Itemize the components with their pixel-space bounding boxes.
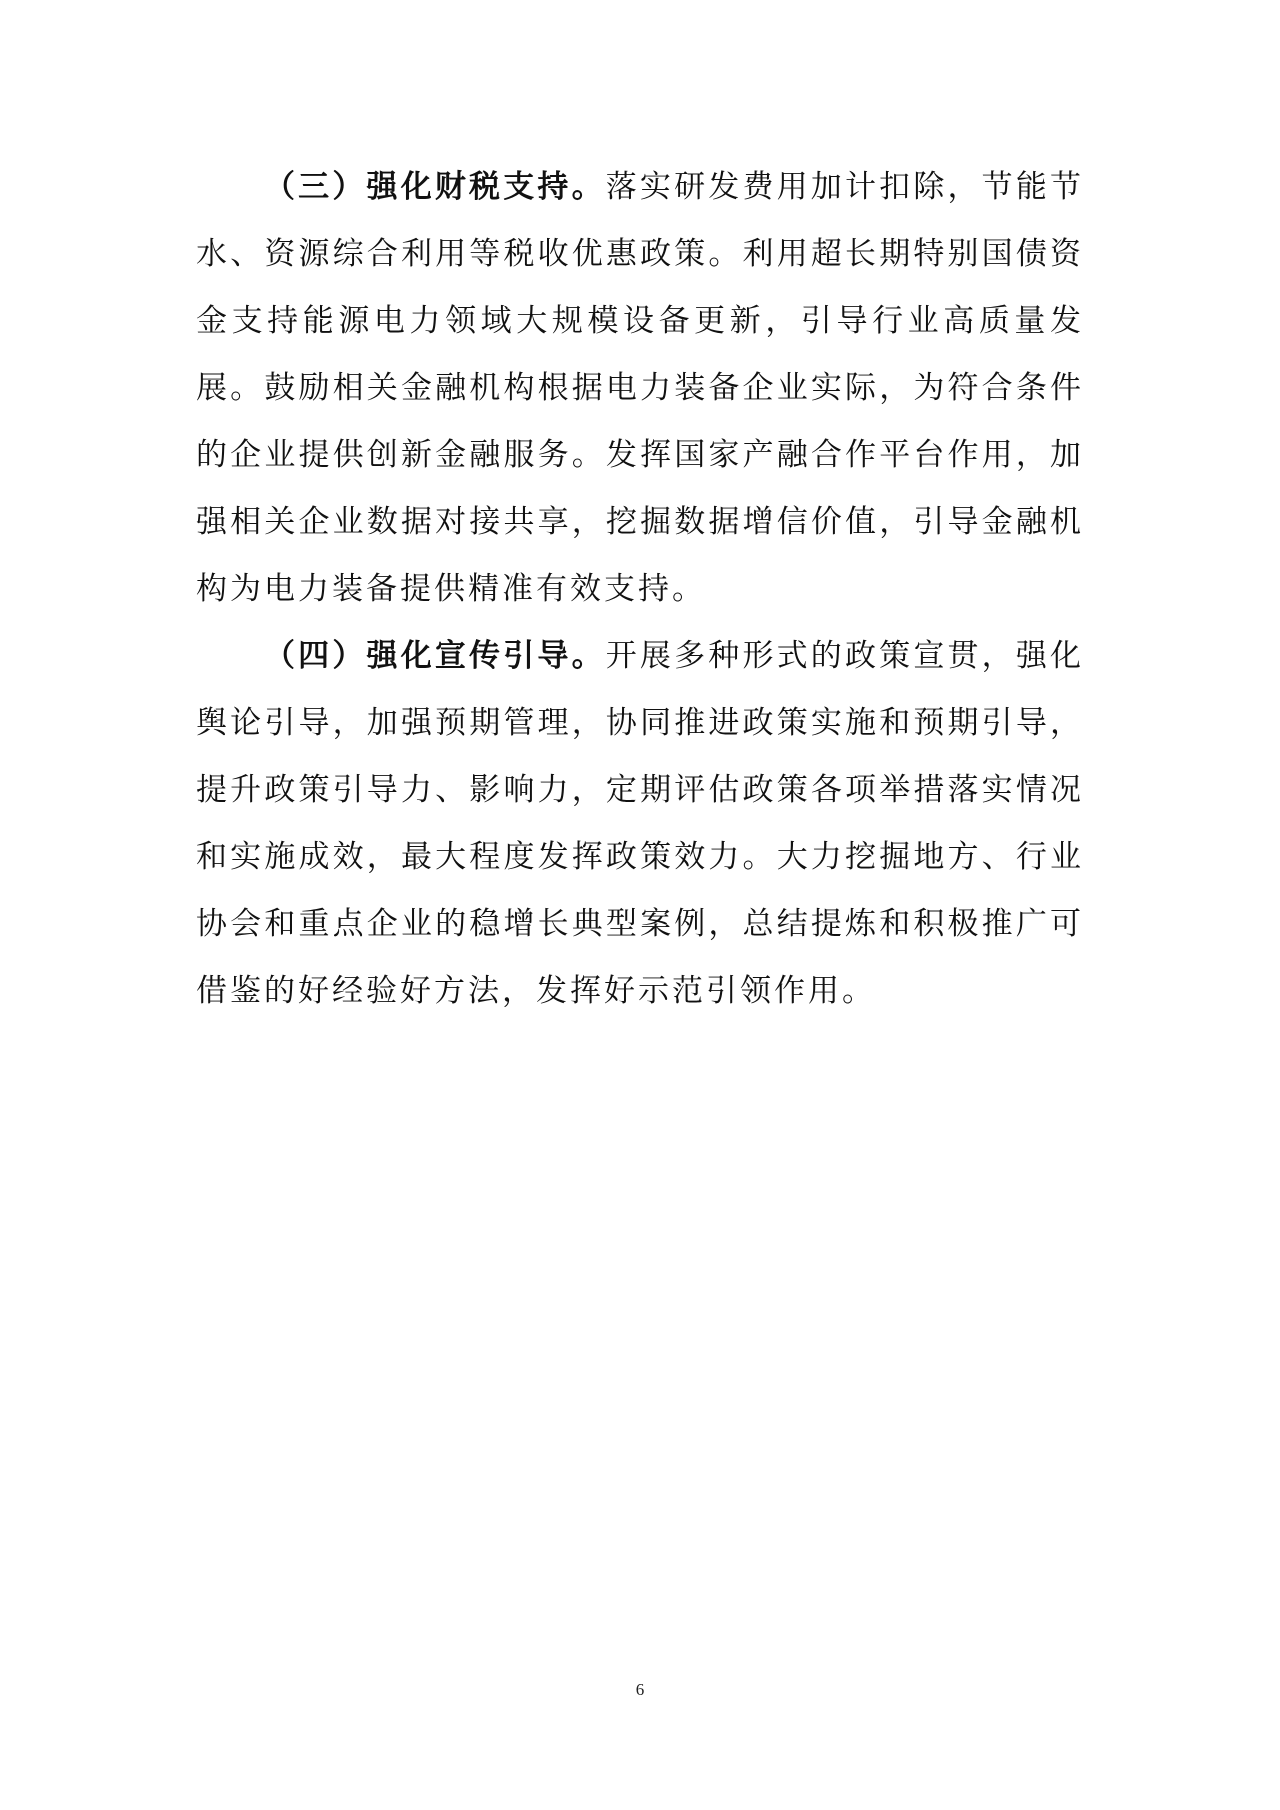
- paragraph-heading: （三）强化财税支持。: [264, 169, 606, 205]
- paragraph-text: 落实研发费用加计扣除，节能节水、资源综合利用等税收优惠政策。利用超长期特别国债资…: [196, 169, 1084, 607]
- page-number: 6: [0, 1680, 1280, 1700]
- paragraph-heading: （四）强化宣传引导。: [264, 638, 606, 674]
- document-page: （三）强化财税支持。落实研发费用加计扣除，节能节水、资源综合利用等税收优惠政策。…: [0, 0, 1280, 1810]
- paragraph-text: 开展多种形式的政策宣贯，强化舆论引导，加强预期管理，协同推进政策实施和预期引导，…: [196, 638, 1084, 1009]
- paragraph-publicity-guidance: （四）强化宣传引导。开展多种形式的政策宣贯，强化舆论引导，加强预期管理，协同推进…: [196, 623, 1084, 1025]
- paragraph-fiscal-tax-support: （三）强化财税支持。落实研发费用加计扣除，节能节水、资源综合利用等税收优惠政策。…: [196, 154, 1084, 623]
- document-body: （三）强化财税支持。落实研发费用加计扣除，节能节水、资源综合利用等税收优惠政策。…: [196, 154, 1084, 1025]
